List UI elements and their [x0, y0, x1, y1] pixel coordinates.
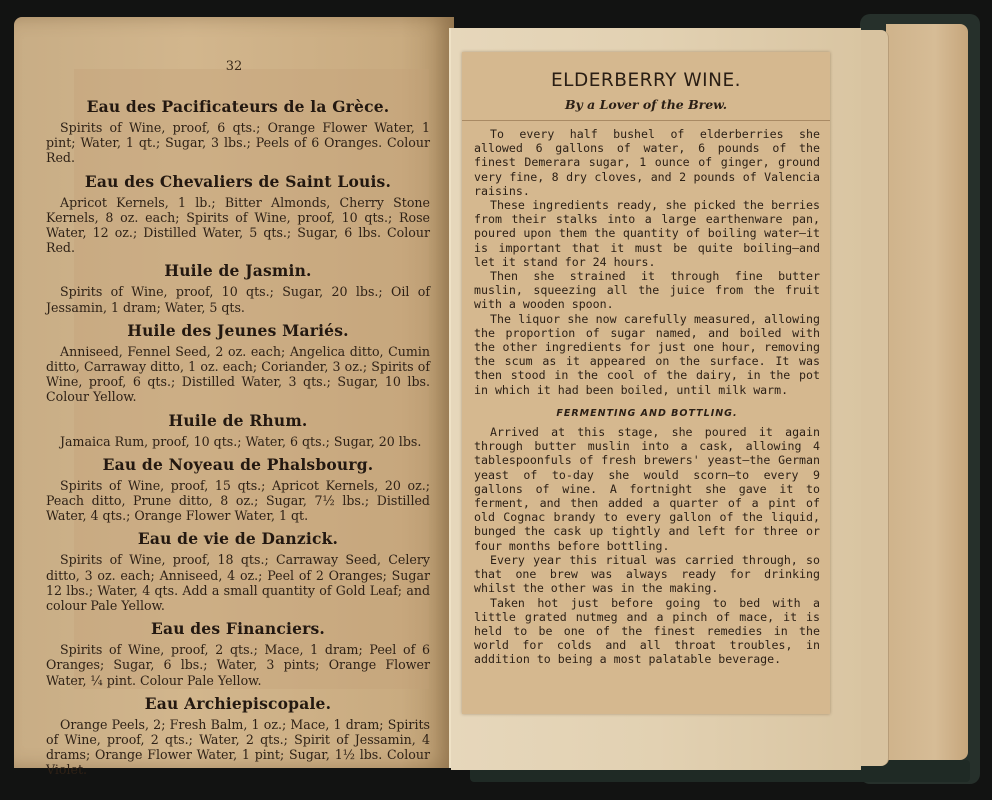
clipping-paragraph: To every half bushel of elderberries she… [474, 127, 820, 198]
recipe: Eau de vie de Danzick.Spirits of Wine, p… [46, 529, 430, 613]
clipping-paragraph: Every year this ritual was carried throu… [474, 553, 820, 596]
recipe-title: Huile de Jasmin. [46, 261, 430, 280]
recipe-title: Eau de vie de Danzick. [46, 529, 430, 548]
recipe-list: Eau des Pacificateurs de la Grèce.Spirit… [46, 97, 430, 784]
recipe-body: Spirits of Wine, proof, 18 qts.; Carrawa… [46, 552, 430, 613]
recipe-body: Orange Peels, 2; Fresh Balm, 1 oz.; Mace… [46, 717, 430, 778]
clipping-text: To every half bushel of elderberries she… [462, 127, 830, 667]
recipe: Huile de Jasmin.Spirits of Wine, proof, … [46, 261, 430, 314]
recipe-body: Anniseed, Fennel Seed, 2 oz. each; Angel… [46, 344, 430, 405]
recipe-title: Huile des Jeunes Mariés. [46, 321, 430, 340]
recipe-body: Spirits of Wine, proof, 15 qts.; Apricot… [46, 478, 430, 524]
recipe-title: Eau des Financiers. [46, 619, 430, 638]
page-stack-edge [886, 24, 968, 760]
clipping-paragraph: Arrived at this stage, she poured it aga… [474, 425, 820, 553]
page-stack-edge-inner [858, 30, 889, 766]
clipping-subheading: FERMENTING AND BOTTLING. [474, 407, 820, 421]
book-gutter [449, 28, 451, 768]
recipe-body: Jamaica Rum, proof, 10 qts.; Water, 6 qt… [46, 434, 430, 449]
left-page: 32 Eau des Pacificateurs de la Grèce.Spi… [14, 17, 454, 768]
recipe-title: Eau Archiepiscopale. [46, 694, 430, 713]
recipe-body: Spirits of Wine, proof, 2 qts.; Mace, 1 … [46, 642, 430, 688]
newspaper-clipping: ELDERBERRY WINE. By a Lover of the Brew.… [462, 52, 830, 714]
recipe: Eau des Financiers.Spirits of Wine, proo… [46, 619, 430, 688]
clipping-paragraph: Then she strained it through fine butter… [474, 269, 820, 312]
recipe: Eau de Noyeau de Phalsbourg.Spirits of W… [46, 455, 430, 524]
recipe-body: Apricot Kernels, 1 lb.; Bitter Almonds, … [46, 195, 430, 256]
recipe: Eau des Pacificateurs de la Grèce.Spirit… [46, 97, 430, 166]
recipe-body: Spirits of Wine, proof, 10 qts.; Sugar, … [46, 284, 430, 314]
recipe: Huile des Jeunes Mariés.Anniseed, Fennel… [46, 321, 430, 405]
clipping-paragraph: Taken hot just before going to bed with … [474, 596, 820, 667]
recipe-body: Spirits of Wine, proof, 6 qts.; Orange F… [46, 120, 430, 166]
clipping-byline: By a Lover of the Brew. [462, 97, 830, 121]
recipe-title: Huile de Rhum. [46, 411, 430, 430]
clipping-paragraph: The liquor she now carefully measured, a… [474, 312, 820, 397]
clipping-title: ELDERBERRY WINE. [462, 70, 830, 91]
recipe: Huile de Rhum.Jamaica Rum, proof, 10 qts… [46, 411, 430, 449]
page-number: 32 [14, 59, 454, 74]
recipe-title: Eau des Chevaliers de Saint Louis. [46, 172, 430, 191]
recipe-title: Eau des Pacificateurs de la Grèce. [46, 97, 430, 116]
recipe: Eau Archiepiscopale.Orange Peels, 2; Fre… [46, 694, 430, 778]
recipe: Eau des Chevaliers de Saint Louis.Aprico… [46, 172, 430, 256]
clipping-paragraph: These ingredients ready, she picked the … [474, 198, 820, 269]
recipe-title: Eau de Noyeau de Phalsbourg. [46, 455, 430, 474]
